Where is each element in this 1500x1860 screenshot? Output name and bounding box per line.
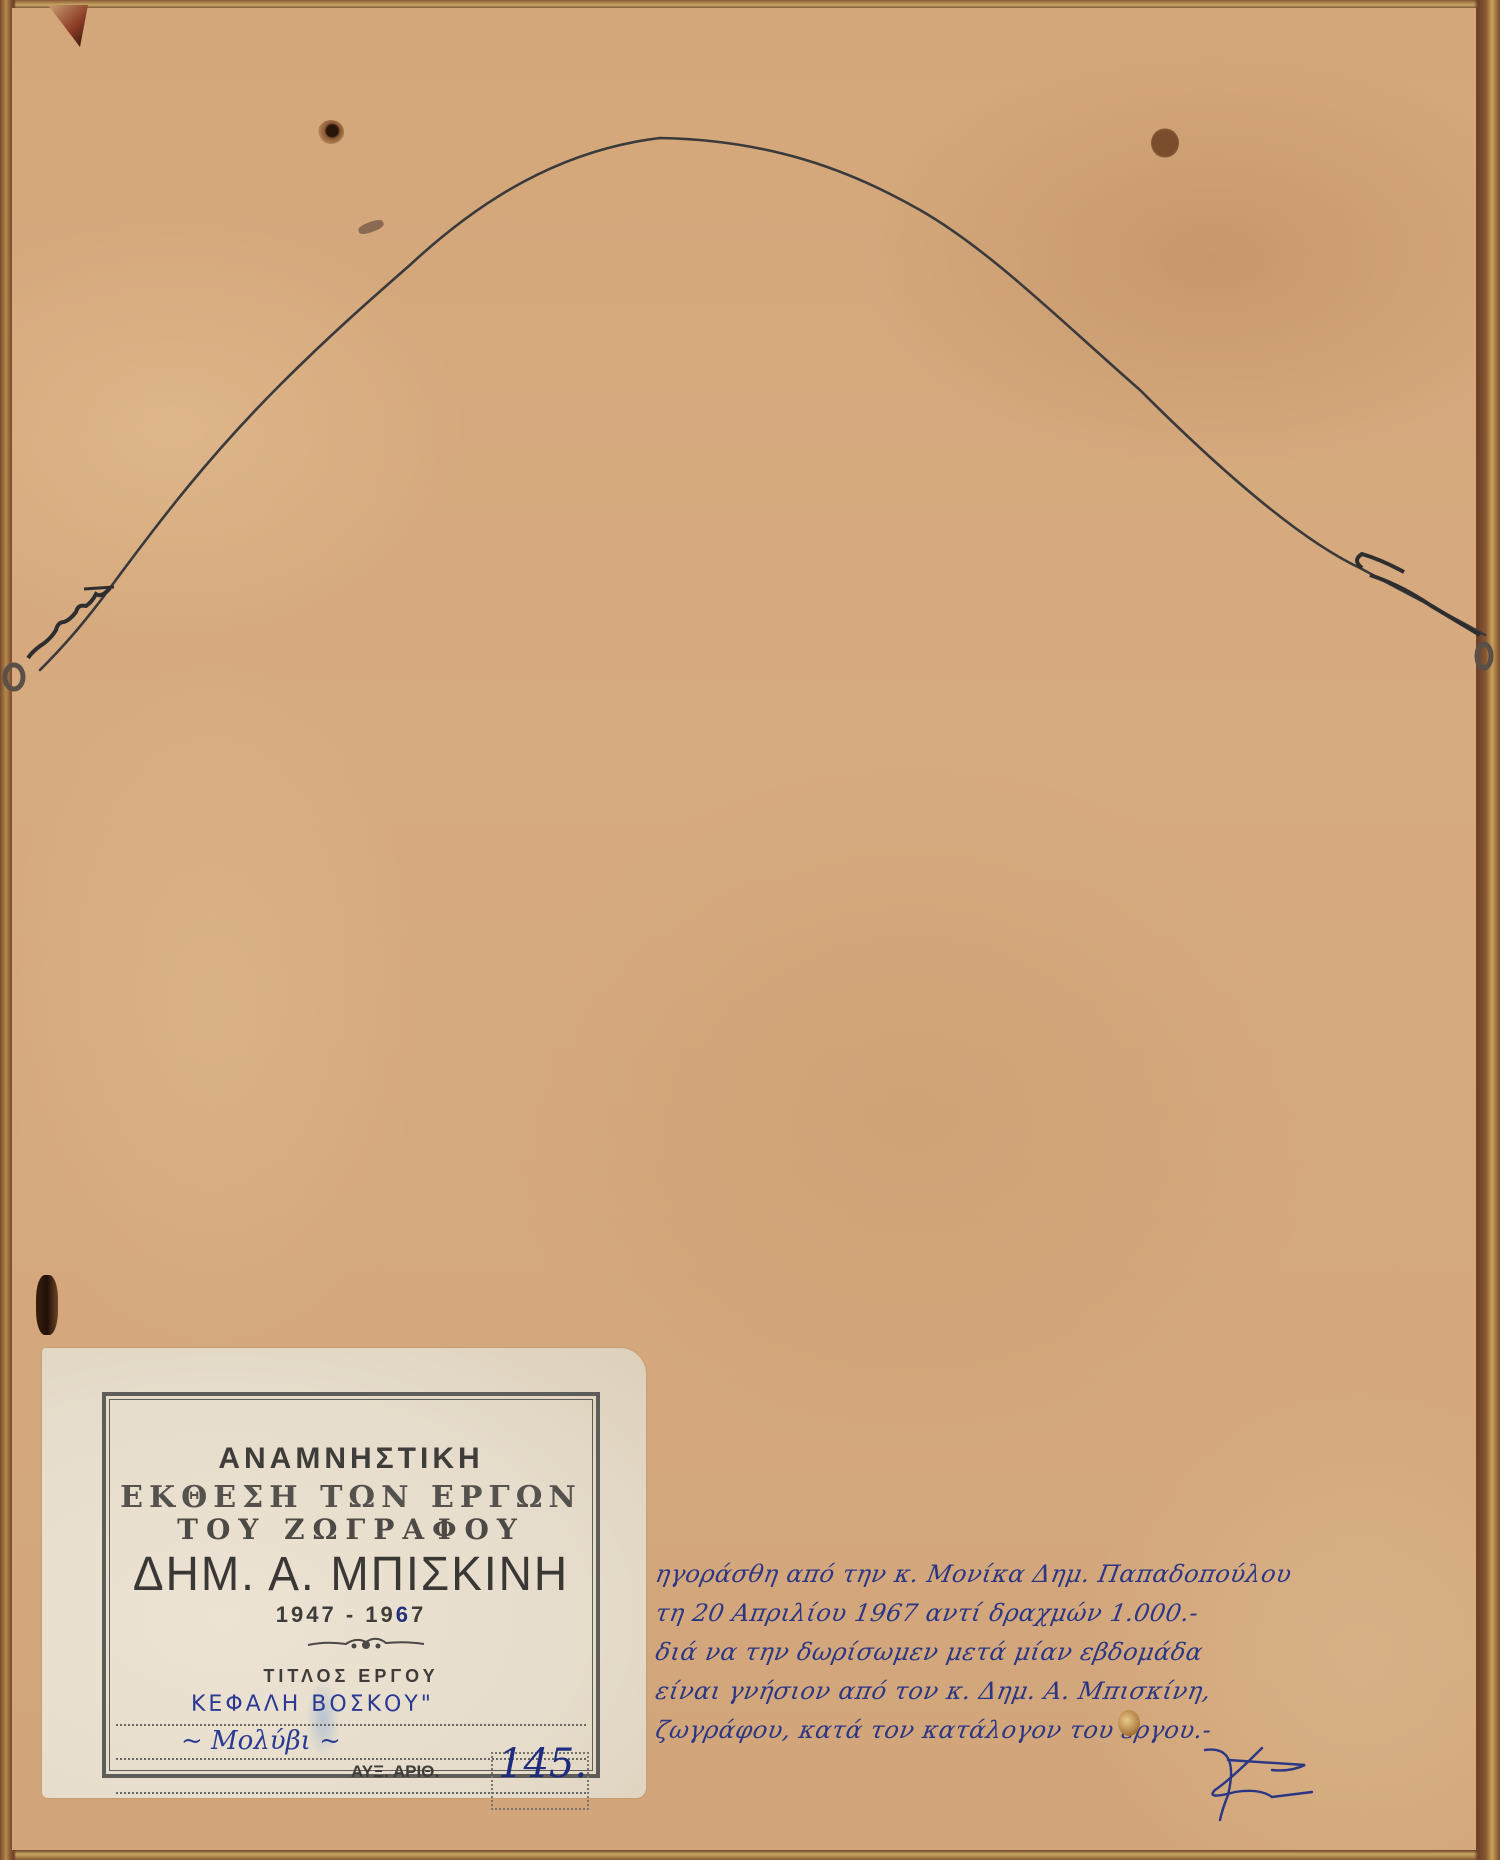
signature [1205,1748,1312,1820]
photo-stage: ΑΝΑΜΝΗΣΤΙΚΗ ΕΚΘΕΣΗ ΤΩΝ ΕΡΓΩΝ ΤΟΥ ΖΩΓΡΑΦΟ… [0,0,1500,1860]
signature-layer [0,0,1500,1860]
